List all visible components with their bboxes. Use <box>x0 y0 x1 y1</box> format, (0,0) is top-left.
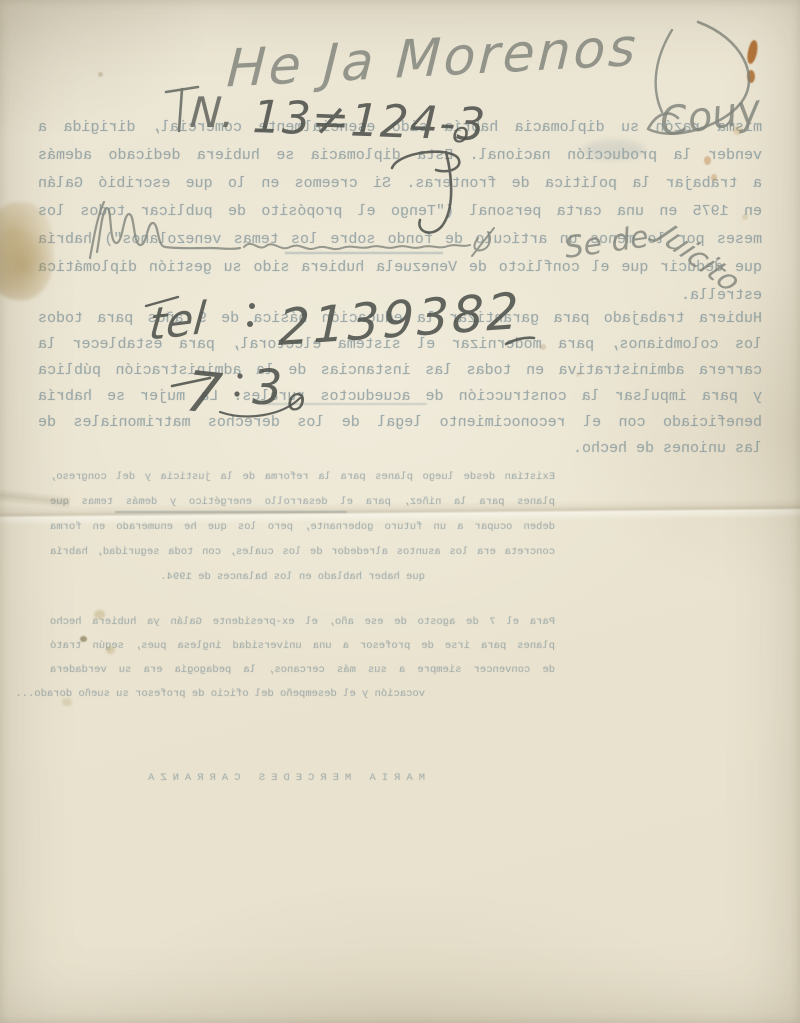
handwritten-diagonal-word: Juicito <box>646 216 748 299</box>
cursive-scribble-tail <box>244 228 494 256</box>
handwritten-seven: 7 <box>183 359 226 427</box>
handwriting-layer: He Ja Morenos Couy N. 13≠124-3 o Se de J… <box>0 0 800 1023</box>
handwritten-se-de: Se de <box>562 219 651 265</box>
handwritten-ref-number-small: o <box>452 116 469 149</box>
time-colon-dot <box>237 373 242 378</box>
scanned-letter-back-page: misma razón su diplomacia habría sido es… <box>0 0 800 1023</box>
handwritten-name: He Ja Morenos <box>225 18 640 100</box>
time-colon-dot <box>234 391 239 396</box>
handwritten-ref-prefix: N. <box>188 88 236 137</box>
handwritten-tel-number: 2139382 <box>278 282 522 357</box>
handwritten-tel-label: tel <box>147 293 208 351</box>
handwritten-three: 3 <box>252 360 283 416</box>
tel-colon-dot <box>249 303 255 309</box>
tel-colon-dot <box>247 321 253 327</box>
monogram-scribble <box>392 152 459 233</box>
cursive-scribble-word <box>90 202 240 258</box>
